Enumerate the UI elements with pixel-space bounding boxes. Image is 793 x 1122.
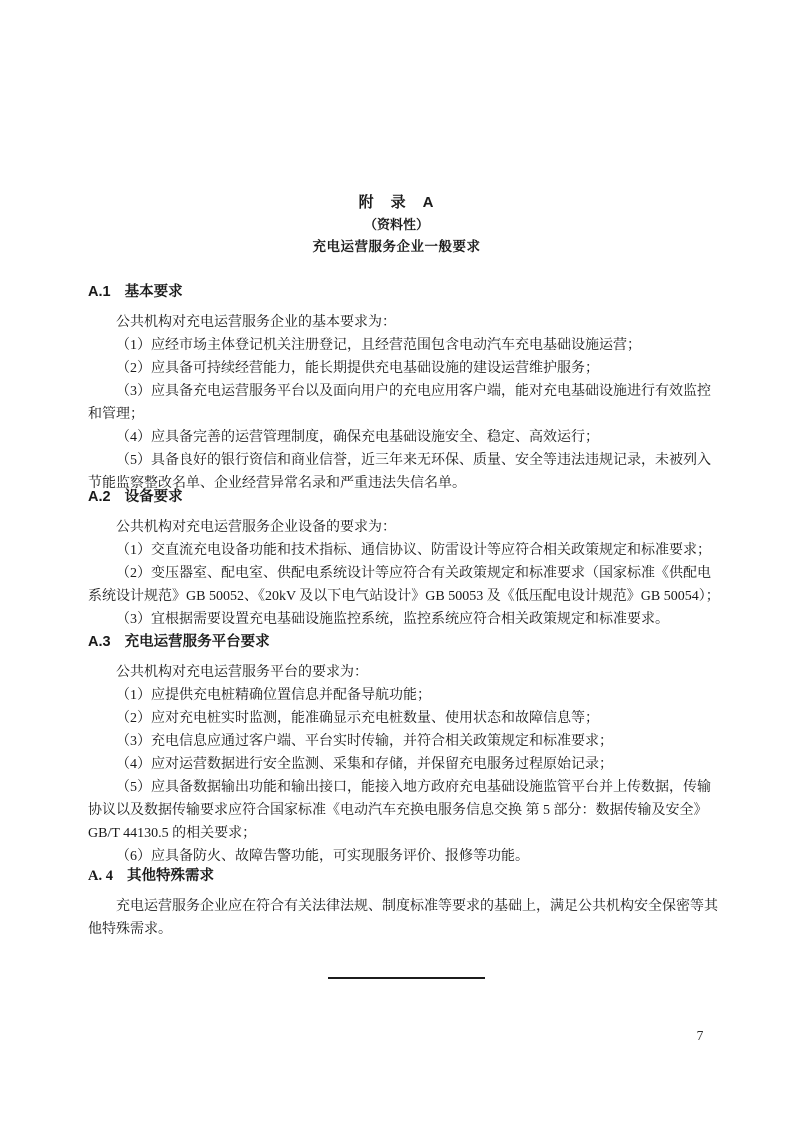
section-heading: A.1基本要求 [88,283,725,311]
text-line: （2）应具备可持续经营能力，能长期提供充电基础设施的建设运营维护服务； [88,357,725,380]
section-id: A.2 [88,488,111,507]
appendix-heading: 附 录 A [0,192,793,214]
section-heading: A. 4其他特殊需求 [88,867,725,895]
section-id: A.1 [88,283,111,302]
section-id: A.3 [88,633,111,652]
text-line: （1）应提供充电桩精确位置信息并配备导航功能； [88,684,725,707]
section-heading: A.3充电运营服务平台要求 [88,633,725,661]
footnote-divider [328,977,485,979]
text-line: （5）应具备数据输出功能和输出接口，能接入地方政府充电基础设施监管平台并上传数据… [88,776,725,799]
text-line: GB/T 44130.5 的相关要求； [88,822,725,845]
text-line: （1）交直流充电设备功能和技术指标、通信协议、防雷设计等应符合相关政策规定和标准… [88,539,725,562]
text-line: （6）应具备防火、故障告警功能，可实现服务评价、报修等功能。 [88,845,725,868]
appendix-type-label: （资料性） [0,214,793,236]
section-title: 充电运营服务平台要求 [125,634,270,650]
section-body: 公共机构对充电运营服务平台的要求为：（1）应提供充电桩精确位置信息并配备导航功能… [88,661,725,868]
appendix-title-block: 附 录 A （资料性） 充电运营服务企业一般要求 [0,192,793,258]
text-line: （3）应具备充电运营服务平台以及面向用户的充电应用客户端，能对充电基础设施进行有… [88,380,725,403]
appendix-title: 充电运营服务企业一般要求 [0,236,793,258]
text-line: 充电运营服务企业应在符合有关法律法规、制度标准等要求的基础上，满足公共机构安全保… [88,895,725,918]
text-line: （5）具备良好的银行资信和商业信誉，近三年来无环保、质量、安全等违法违规记录，未… [88,449,725,472]
section-a3: A.3充电运营服务平台要求 公共机构对充电运营服务平台的要求为：（1）应提供充电… [88,633,725,868]
section-a2: A.2设备要求 公共机构对充电运营服务企业设备的要求为：（1）交直流充电设备功能… [88,488,725,631]
document-page: 附 录 A （资料性） 充电运营服务企业一般要求 A.1基本要求 公共机构对充电… [0,0,793,1122]
section-body: 充电运营服务企业应在符合有关法律法规、制度标准等要求的基础上，满足公共机构安全保… [88,895,725,941]
section-a4: A. 4其他特殊需求 充电运营服务企业应在符合有关法律法规、制度标准等要求的基础… [88,867,725,941]
section-a1: A.1基本要求 公共机构对充电运营服务企业的基本要求为：（1）应经市场主体登记机… [88,283,725,495]
text-line: （3）宜根据需要设置充电基础设施监控系统，监控系统应符合相关政策规定和标准要求。 [88,608,725,631]
text-line: （3）充电信息应通过客户端、平台实时传输，并符合相关政策规定和标准要求； [88,730,725,753]
section-title: 设备要求 [125,489,183,505]
section-body: 公共机构对充电运营服务企业设备的要求为：（1）交直流充电设备功能和技术指标、通信… [88,516,725,631]
text-line: （2）应对充电桩实时监测，能准确显示充电桩数量、使用状态和故障信息等； [88,707,725,730]
section-title: 其他特殊需求 [127,868,214,884]
text-line: （1）应经市场主体登记机关注册登记，且经营范围包含电动汽车充电基础设施运营； [88,334,725,357]
text-line: （2）变压器室、配电室、供配电系统设计等应符合有关政策规定和标准要求（国家标准《… [88,562,725,585]
text-line: 和管理； [88,403,725,426]
text-line: 公共机构对充电运营服务企业的基本要求为： [88,311,725,334]
section-body: 公共机构对充电运营服务企业的基本要求为：（1）应经市场主体登记机关注册登记，且经… [88,311,725,495]
section-id: A. 4 [88,867,113,886]
text-line: 协议以及数据传输要求应符合国家标准《电动汽车充换电服务信息交换 第 5 部分：数… [88,799,725,822]
text-line: （4）应对运营数据进行安全监测、采集和存储，并保留充电服务过程原始记录； [88,753,725,776]
text-line: 他特殊需求。 [88,918,725,941]
page-number: 7 [688,1028,712,1044]
text-line: 公共机构对充电运营服务平台的要求为： [88,661,725,684]
text-line: 公共机构对充电运营服务企业设备的要求为： [88,516,725,539]
section-title: 基本要求 [125,284,183,300]
text-line: （4）应具备完善的运营管理制度，确保充电基础设施安全、稳定、高效运行； [88,426,725,449]
text-line: 系统设计规范》GB 50052、《20kV 及以下电气站设计》GB 50053 … [88,585,725,608]
section-heading: A.2设备要求 [88,488,725,516]
